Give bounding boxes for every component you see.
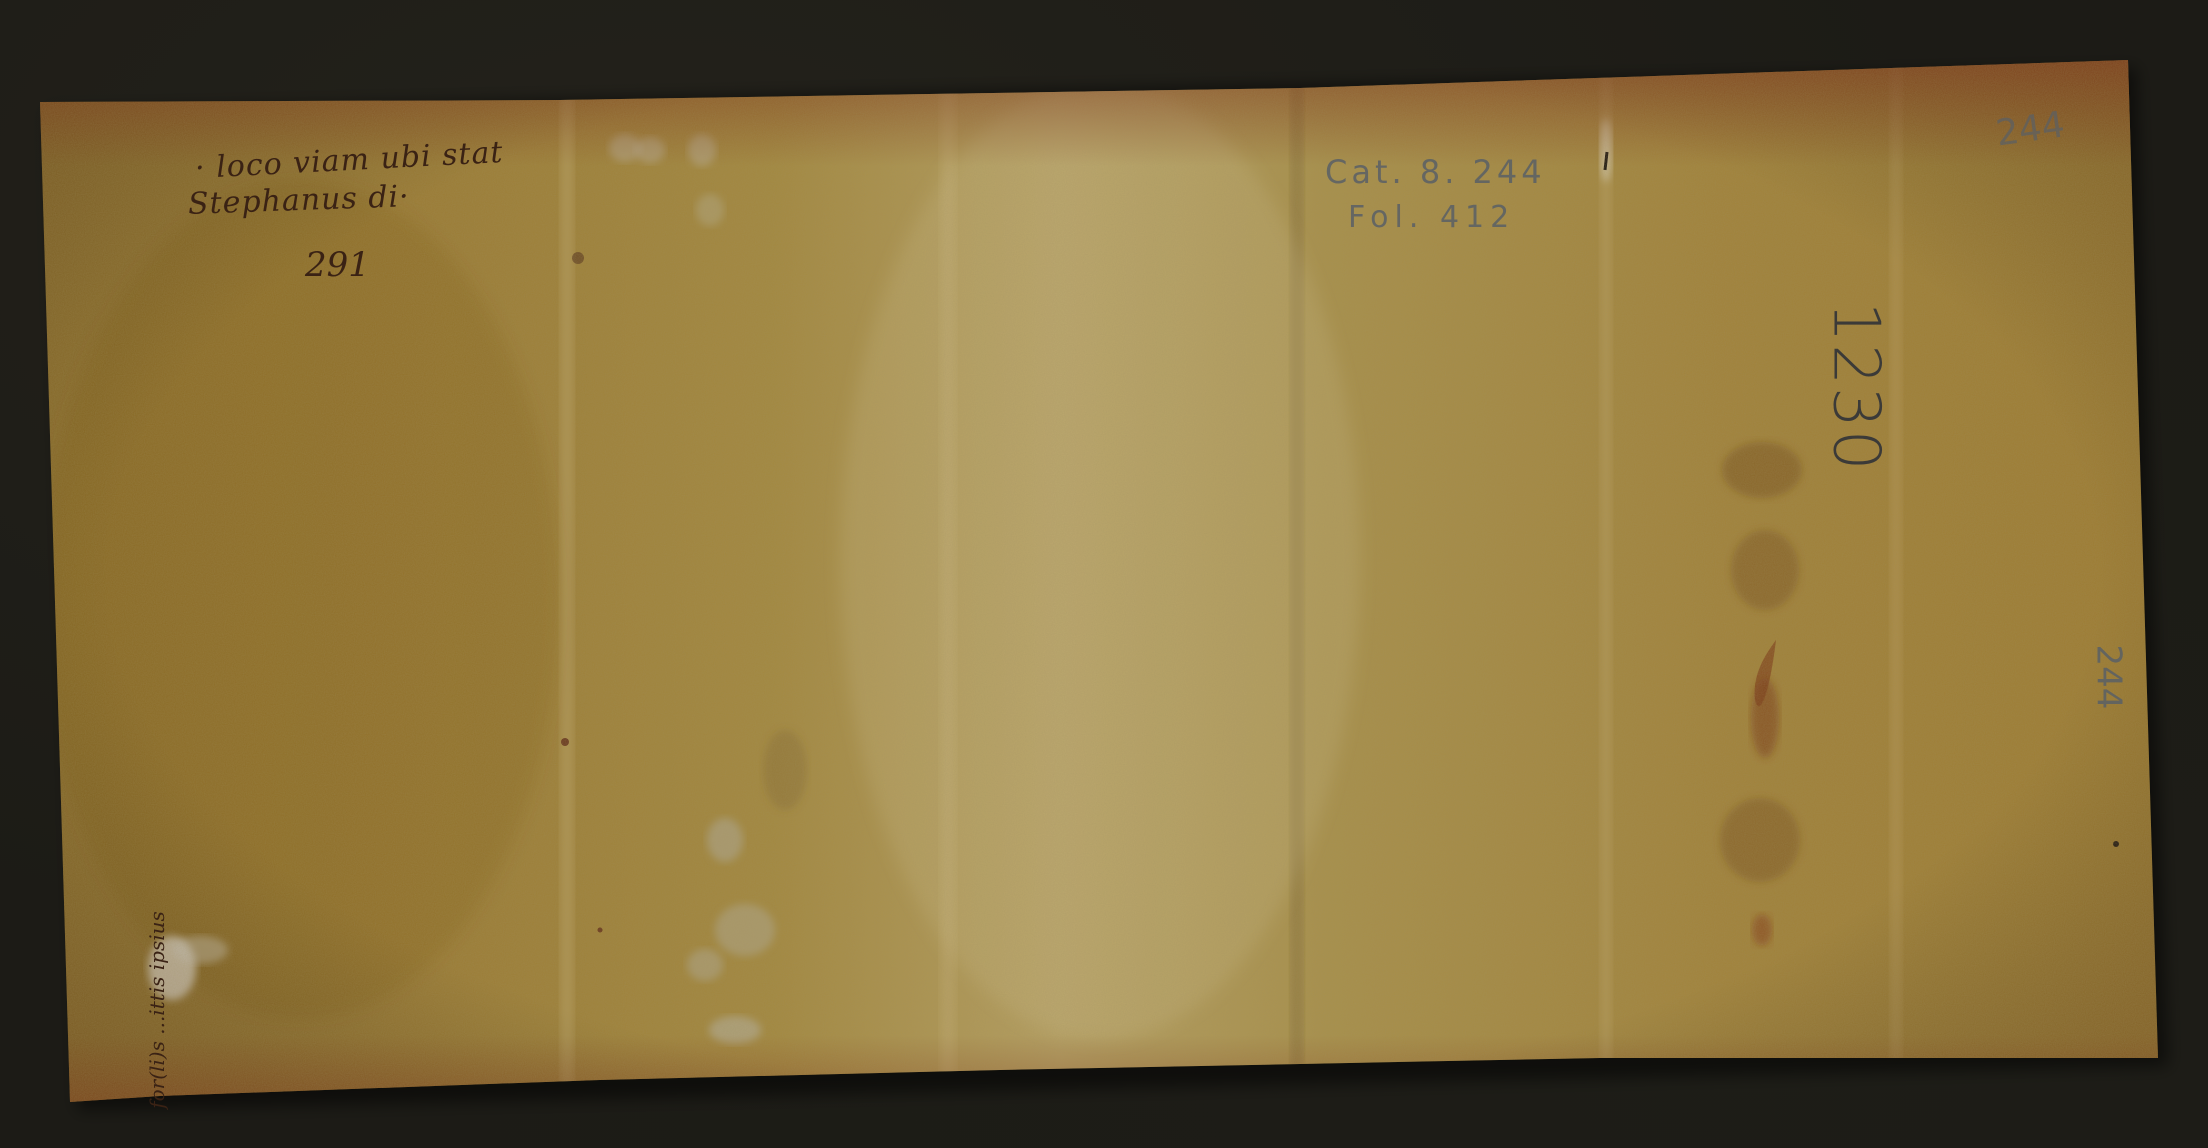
year-annotation: 1230 — [1823, 302, 1887, 473]
folio-reference: Fol. 412 — [1348, 203, 1515, 233]
margin-note: for(li)s ...ittis ipsius — [147, 911, 167, 1109]
side-number: 244 — [2091, 645, 2125, 710]
catalog-reference: Cat. 8. 244 — [1325, 156, 1546, 188]
medieval-inscription-line-2: Stephanus di· — [188, 182, 411, 220]
parchment-sheet: · loco viam ubi stat Stephanus di· 291 C… — [0, 0, 2208, 1148]
corner-number: 244 — [1994, 107, 2067, 152]
shelf-number: 291 — [305, 248, 370, 282]
